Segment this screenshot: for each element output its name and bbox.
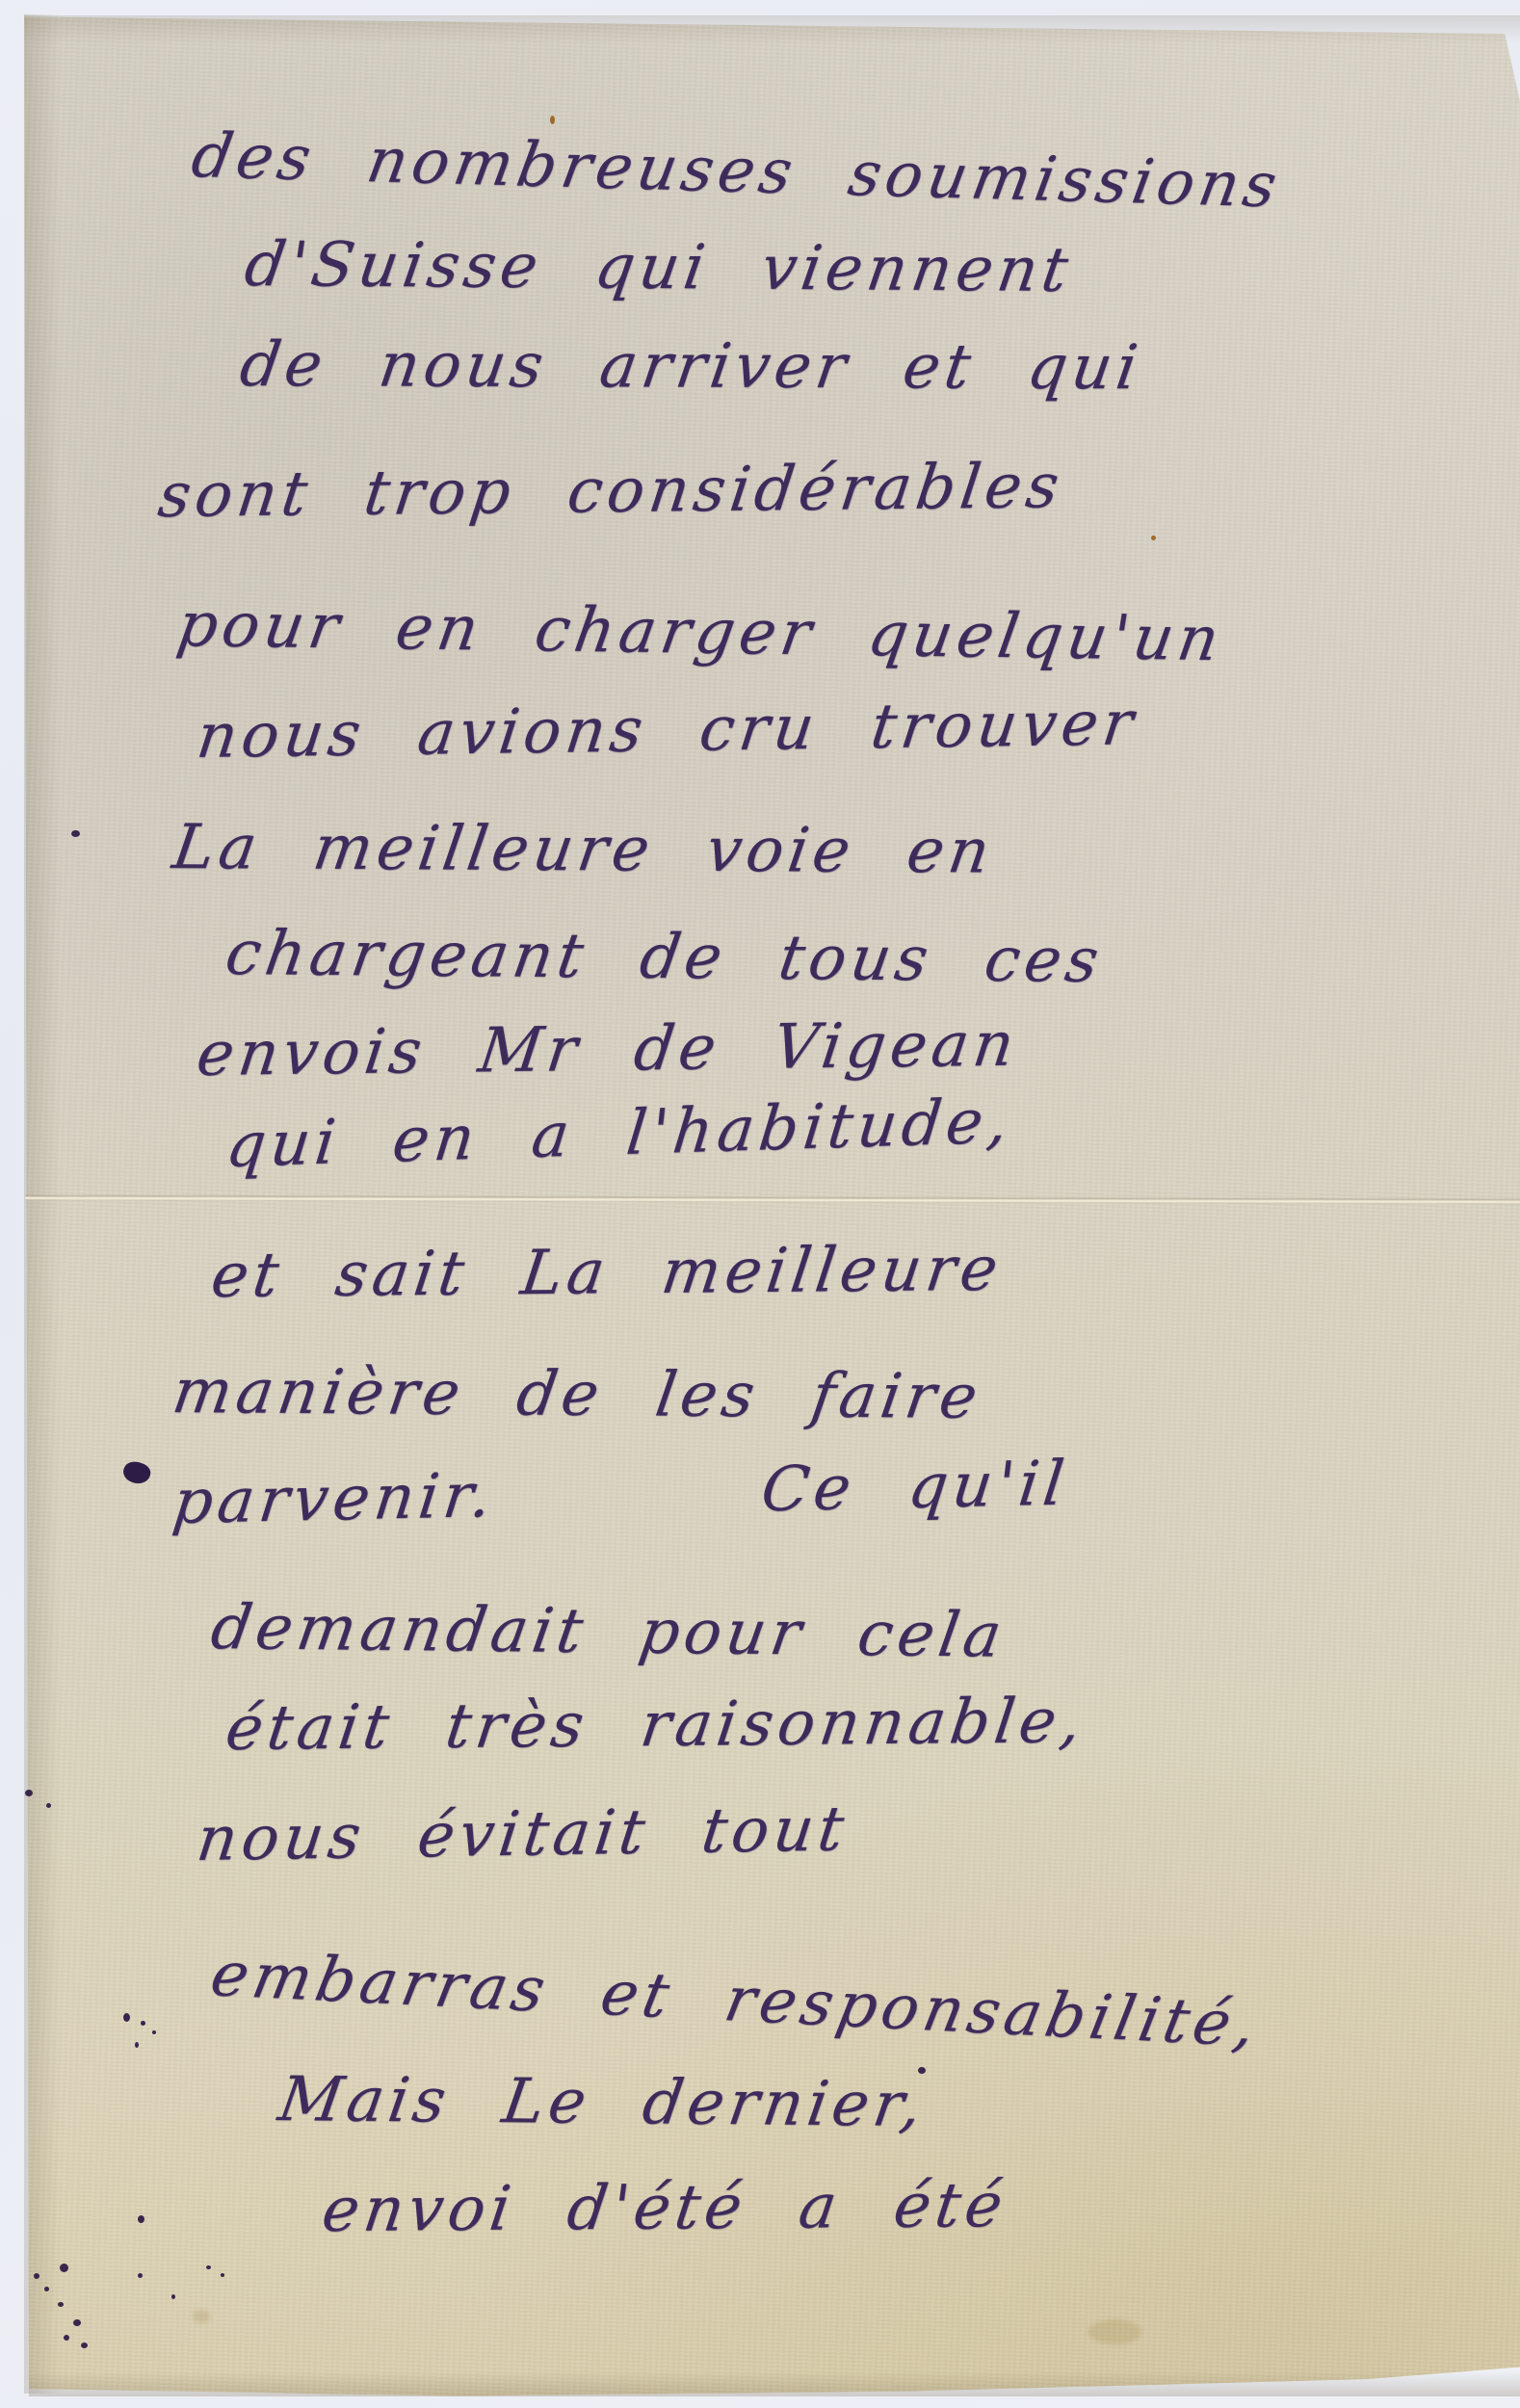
paper-edge-shadow-top [24, 15, 1520, 44]
ink-speck [71, 830, 80, 837]
ink-speck-cluster [152, 2030, 156, 2034]
handwritten-line-14: demandait pour cela [206, 1592, 1010, 1672]
handwritten-line-8: chargeant de tous ces [221, 918, 1108, 997]
handwritten-line-19: envoi d'été a été [318, 2170, 1011, 2246]
ink-speck [25, 1790, 33, 1796]
ink-speck-spray [60, 2264, 68, 2272]
handwritten-line-7: La meilleure voie en [169, 812, 999, 887]
ink-speck-cluster [141, 2021, 145, 2026]
ink-speck-cluster [123, 2013, 130, 2022]
ink-speck [46, 1803, 51, 1808]
ink-speck-spray [34, 2273, 39, 2279]
ink-speck-spray [138, 2215, 144, 2223]
paper-edge-shadow-bottom [29, 2371, 1520, 2396]
handwritten-line-11: et sait La meilleure [207, 1234, 1007, 1312]
handwritten-line-12: manière de les faire [169, 1356, 987, 1433]
ink-speck-spray [58, 2302, 64, 2307]
handwritten-line-6: nous avions cru trouver [193, 688, 1141, 772]
handwritten-line-18: Mais Le dernier, [274, 2064, 930, 2141]
paper-stain [1088, 2319, 1141, 2344]
ink-speck-spray [206, 2265, 211, 2269]
handwritten-line-9: envois Mr de Vigean [193, 1009, 1022, 1091]
ink-speck-spray [171, 2294, 175, 2299]
fiber-speck [550, 116, 555, 124]
paper-stain [193, 2310, 210, 2323]
ink-speck [918, 2067, 926, 2074]
photo-background: des nombreuses soumissions d'Suisse qui … [0, 0, 1520, 2408]
ink-speck-spray [221, 2273, 224, 2277]
handwritten-line-16: nous évitait tout [193, 1793, 852, 1875]
handwritten-line-4: sont trop considérables [154, 451, 1067, 532]
ink-speck-spray [81, 2343, 88, 2348]
ink-speck-spray [138, 2273, 143, 2278]
paper-edge-shadow-left [24, 14, 61, 2394]
handwritten-line-2: d'Suisse qui viennent [241, 229, 1078, 306]
handwritten-line-15: était très raisonnable, [222, 1686, 1089, 1765]
ink-speck-spray [64, 2335, 69, 2341]
fiber-speck [1151, 536, 1156, 540]
ink-speck-spray [44, 2287, 49, 2291]
handwritten-line-3: de nous arriver et qui [236, 329, 1146, 404]
handwritten-line-5: pour en charger quelqu'un [172, 589, 1228, 675]
ink-speck-cluster [135, 2042, 139, 2048]
ink-speck-spray [73, 2319, 81, 2326]
